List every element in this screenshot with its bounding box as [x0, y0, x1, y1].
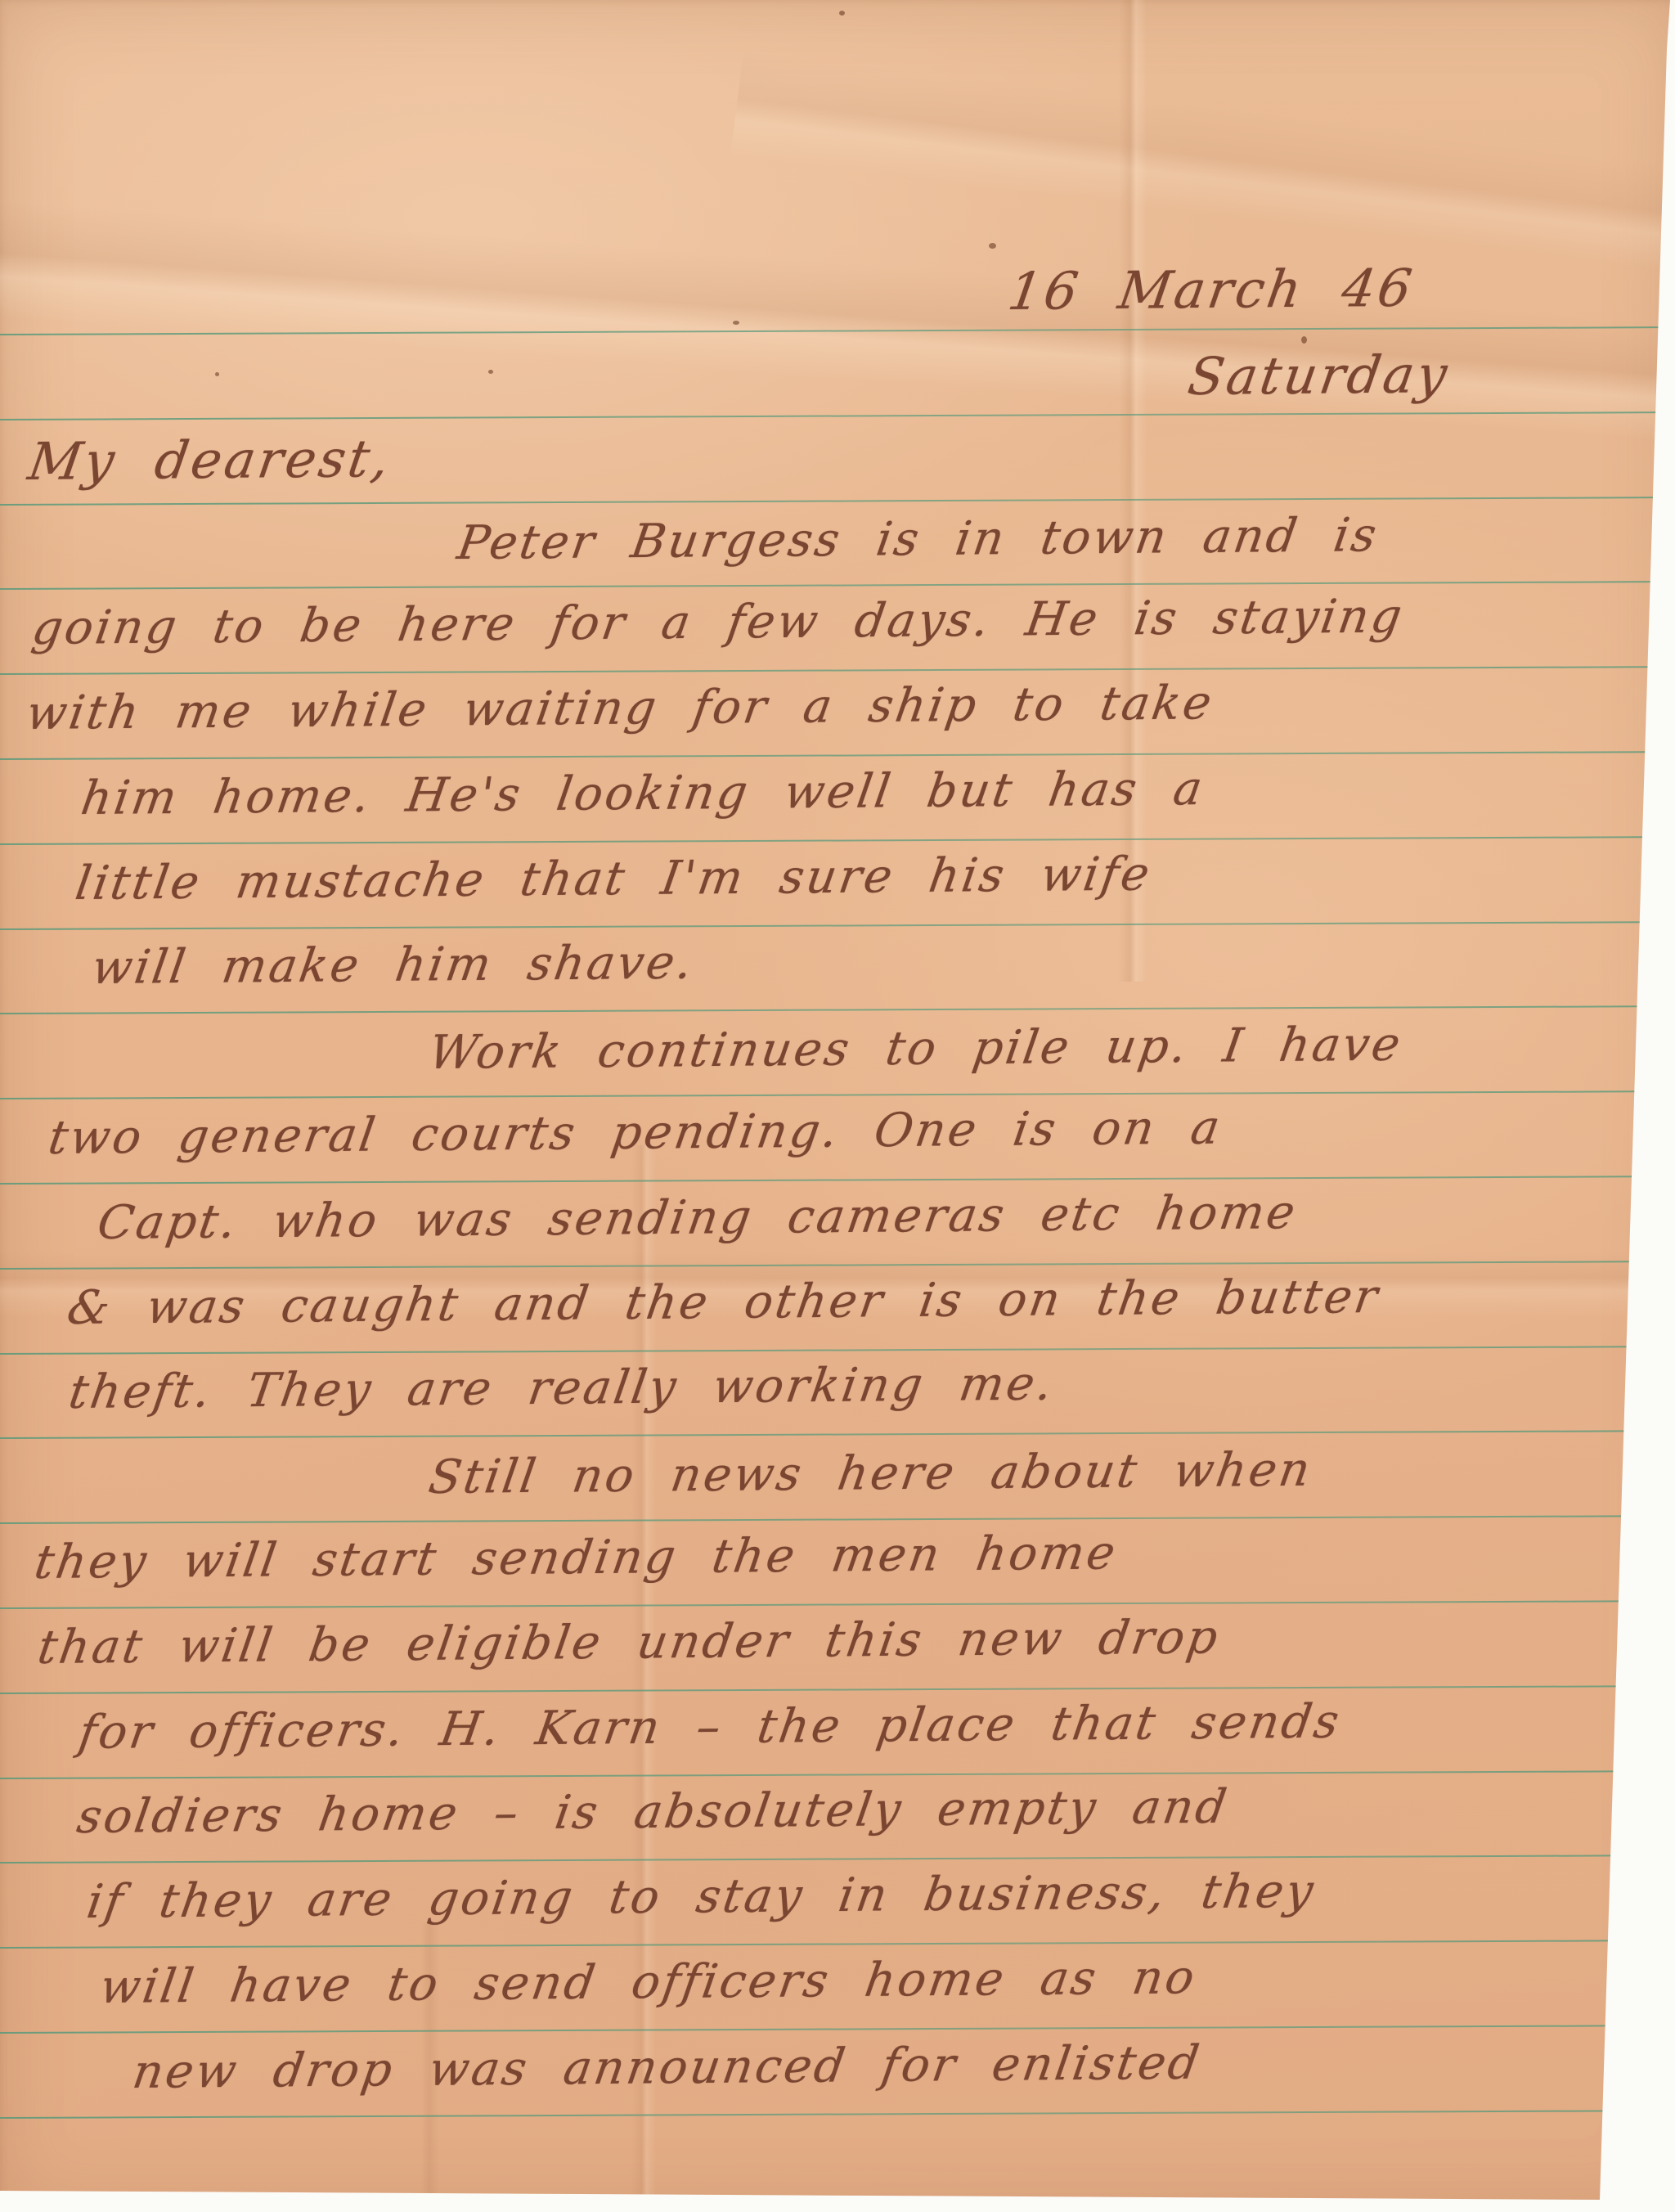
- paper-speck: [488, 370, 493, 374]
- letter-line: Still no news here about when: [425, 1443, 1316, 1504]
- letter-line: if they are going to stay in business, t…: [83, 1864, 1319, 1929]
- paper-speck: [839, 11, 845, 16]
- letter-date: 16 March 46: [1004, 259, 1418, 321]
- letter-line: Capt. who was sending cameras etc home: [94, 1185, 1301, 1250]
- letter-line: Work continues to pile up. I have: [425, 1018, 1406, 1080]
- ruled-line: [0, 921, 1673, 930]
- letter-paper: 16 March 46 Saturday My dearest, Peter B…: [0, 0, 1675, 2212]
- ruled-line: [0, 836, 1673, 845]
- ruled-line: [0, 497, 1673, 506]
- letter-line: with me while waiting for a ship to take: [23, 676, 1218, 740]
- letter-line: theft. They are really working me.: [65, 1357, 1058, 1419]
- letter-line: him home. He's looking well but has a: [78, 762, 1208, 825]
- letter-line: & was caught and the other is on the but…: [64, 1270, 1384, 1335]
- ruled-line: [0, 1346, 1673, 1355]
- ruled-line: [0, 1940, 1673, 1949]
- ruled-line: [0, 1430, 1673, 1439]
- ruled-line: [0, 1770, 1673, 1779]
- ruled-line: [0, 2025, 1673, 2034]
- ruled-line: [0, 1261, 1673, 1270]
- letter-salutation: My dearest,: [25, 429, 396, 492]
- letter-line: for officers. H. Karn – the place that s…: [75, 1694, 1345, 1759]
- ruled-line: [0, 751, 1673, 760]
- letter-line: Peter Burgess is in town and is: [454, 509, 1382, 571]
- paper-speck: [215, 372, 219, 376]
- ruled-line: [0, 1176, 1673, 1185]
- letter-line: will have to send officers home as no: [97, 1950, 1201, 2014]
- letter-line: going to be here for a few days. He is s…: [29, 590, 1408, 656]
- ruled-line: [0, 1855, 1673, 1864]
- ruled-line: [0, 1515, 1673, 1524]
- ruled-line: [0, 326, 1673, 335]
- letter-line: will make him shave.: [88, 936, 698, 995]
- scan-background: { "letter": { "heading": { "date": "16 M…: [0, 0, 1675, 2212]
- ruled-line: [0, 1685, 1673, 1694]
- letter-line: two general courts pending. One is on a: [45, 1101, 1226, 1165]
- ruled-line: [0, 666, 1673, 675]
- letter-day: Saturday: [1184, 344, 1453, 407]
- paper-speck: [733, 321, 739, 325]
- ruled-line: [0, 1090, 1673, 1099]
- ruled-line: [0, 1600, 1673, 1609]
- letter-line: that will be eligible under this new dro…: [34, 1610, 1224, 1675]
- letter-line: new drop was announced for enlisted: [129, 2035, 1205, 2098]
- letter-line: little mustache that I'm sure his wife: [72, 847, 1156, 910]
- ruled-line: [0, 581, 1673, 590]
- ruled-line: [0, 1005, 1673, 1014]
- paper-speck: [1301, 336, 1307, 344]
- paper-speck: [989, 243, 996, 249]
- letter-line: soldiers home – is absolutely empty and: [74, 1780, 1233, 1844]
- fold-crease-vertical-upper: [1119, 0, 1147, 982]
- ruled-line: [0, 2110, 1673, 2119]
- ruled-line: [0, 411, 1673, 420]
- letter-line: they will start sending the men home: [31, 1526, 1121, 1589]
